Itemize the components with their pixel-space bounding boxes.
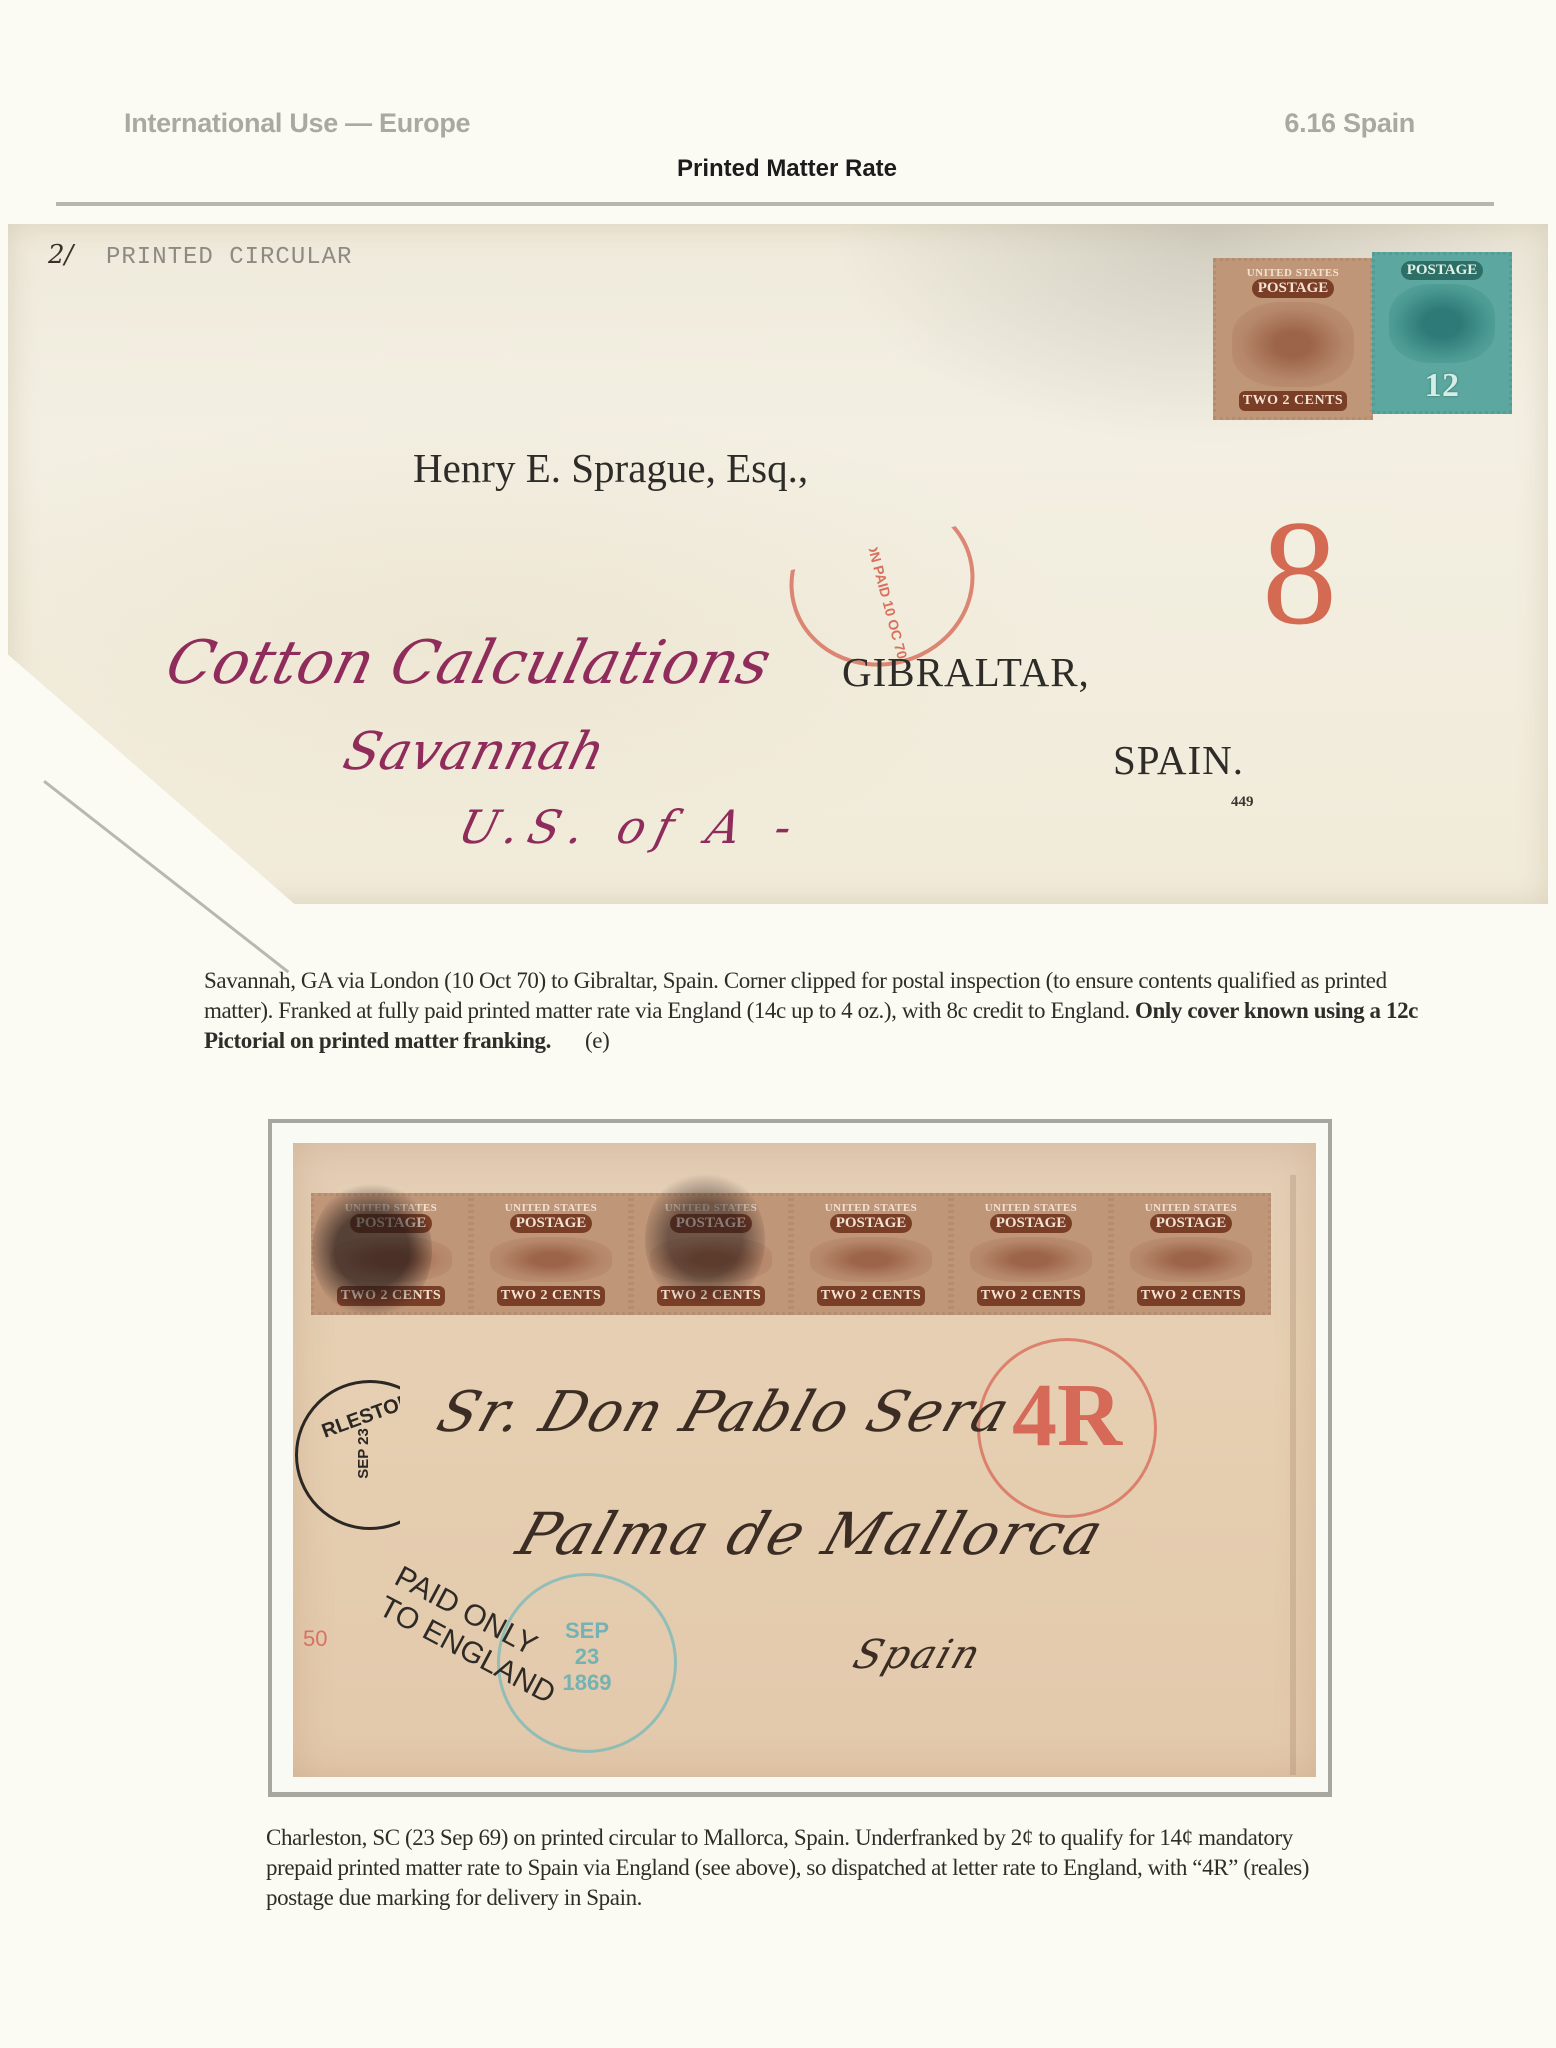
cover-2-fold-edge: [1290, 1175, 1296, 1775]
stamp-2c-post-rider: UNITED STATES POSTAGE TWO 2 CENTS: [1213, 258, 1373, 420]
stamp-value: TWO 2 CENTS: [977, 1286, 1085, 1306]
stamp-label: POSTAGE: [830, 1214, 913, 1233]
red-side-marking: 50: [303, 1628, 327, 1650]
address-line-2: Palma de Mallorca: [509, 1500, 1113, 1568]
cds-date: SEP 23: [355, 1428, 372, 1479]
cover-2-caption: Charleston, SC (23 Sep 69) on printed ci…: [266, 1823, 1356, 1913]
stamp-value: 12: [1425, 367, 1460, 405]
stamp-label: POSTAGE: [990, 1214, 1073, 1233]
destination-country: SPAIN.: [1113, 736, 1244, 784]
destination-city: GIBRALTAR,: [842, 648, 1090, 696]
stamp-country: UNITED STATES: [985, 1202, 1078, 1214]
post-rider-vignette-icon: [1130, 1237, 1253, 1282]
page-title: Printed Matter Rate: [0, 155, 1556, 183]
stamp-label: POSTAGE: [1401, 261, 1484, 280]
address-line-1: Sr. Don Pablo Sera: [429, 1380, 1019, 1445]
steamship-vignette-icon: [1389, 284, 1495, 363]
postage-due-4r-marking: 4R: [977, 1338, 1157, 1518]
page-reference: 6.16 Spain: [1284, 108, 1415, 139]
stamp-2c-post-rider: UNITED STATESPOSTAGETWO 2 CENTS: [471, 1193, 631, 1315]
stamp-12c-steamship: POSTAGE 12: [1372, 252, 1512, 414]
credit-marking: 8: [1262, 498, 1337, 648]
grid-cancel: [645, 1170, 765, 1310]
stamp-value: TWO 2 CENTS: [1239, 391, 1347, 411]
post-rider-vignette-icon: [970, 1237, 1093, 1282]
section-heading: International Use — Europe: [124, 108, 470, 139]
stamp-label: POSTAGE: [1150, 1214, 1233, 1233]
manuscript-line-2: Savannah: [338, 722, 611, 782]
stamp-country: UNITED STATES: [505, 1202, 598, 1214]
docket-number: 2/: [48, 240, 73, 270]
stamp-strip-of-six: UNITED STATESPOSTAGETWO 2 CENTSUNITED ST…: [311, 1193, 1271, 1315]
stamp-country: UNITED STATES: [1145, 1202, 1238, 1214]
stamp-label: POSTAGE: [510, 1214, 593, 1233]
stamp-2c-post-rider: UNITED STATESPOSTAGETWO 2 CENTS: [791, 1193, 951, 1315]
stamp-country: UNITED STATES: [1247, 267, 1340, 279]
manuscript-line-3: U.S. of A -: [453, 800, 807, 854]
stamp-value: TWO 2 CENTS: [497, 1286, 605, 1306]
post-rider-vignette-icon: [490, 1237, 613, 1282]
stamp-label: POSTAGE: [1252, 279, 1335, 298]
stamp-2c-post-rider: UNITED STATESPOSTAGETWO 2 CENTS: [1111, 1193, 1271, 1315]
cover-1-caption: Savannah, GA via London (10 Oct 70) to G…: [204, 966, 1424, 1056]
addressee: Henry E. Sprague, Esq.,: [413, 444, 808, 492]
printer-reference: 449: [1231, 794, 1254, 811]
printed-circular-label: PRINTED CIRCULAR: [106, 244, 352, 271]
post-rider-vignette-icon: [810, 1237, 933, 1282]
stamp-value: TWO 2 CENTS: [817, 1286, 925, 1306]
grid-cancel: [312, 1180, 432, 1320]
address-line-3: Spain: [848, 1632, 988, 1678]
stamp-country: UNITED STATES: [825, 1202, 918, 1214]
caption-tag: (e): [585, 1028, 609, 1053]
manuscript-line-1: Cotton Calculations: [159, 628, 777, 698]
stamp-2c-post-rider: UNITED STATESPOSTAGETWO 2 CENTS: [951, 1193, 1111, 1315]
header-divider: [56, 202, 1494, 206]
stamp-value: TWO 2 CENTS: [1137, 1286, 1245, 1306]
post-rider-vignette-icon: [1232, 302, 1355, 387]
